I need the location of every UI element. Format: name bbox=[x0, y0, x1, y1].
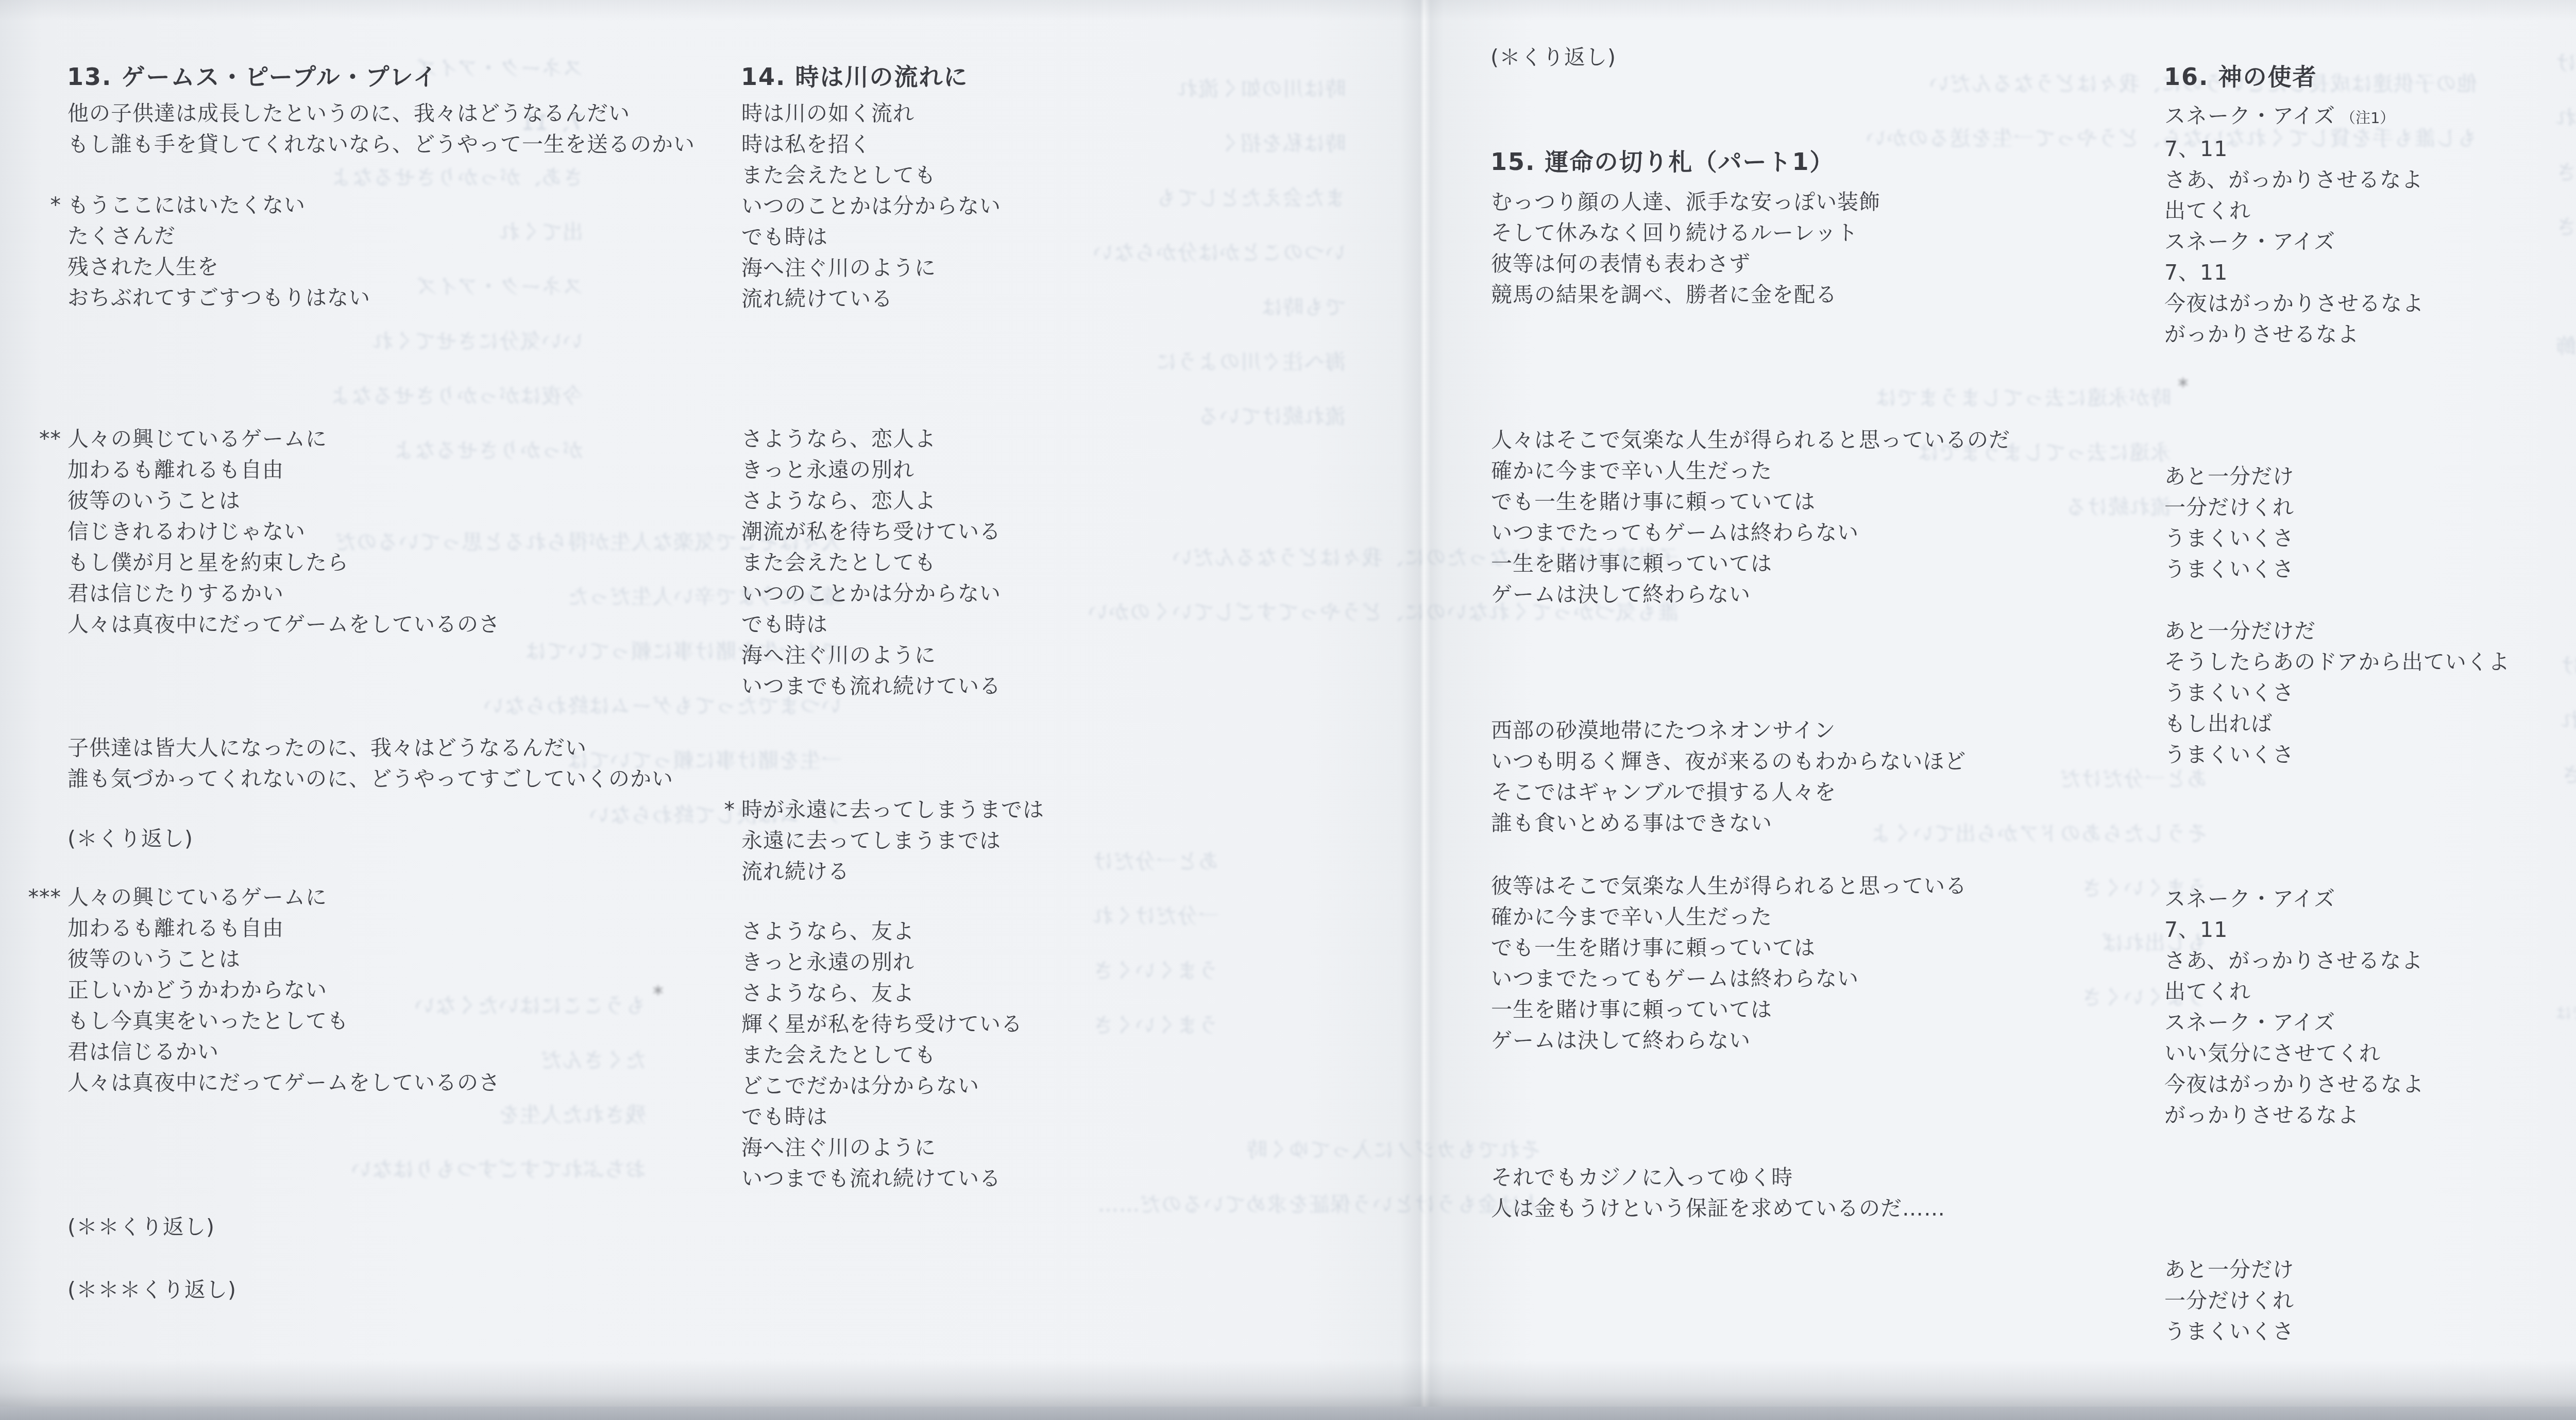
lyric-block: 時は川の如く流れ時は私を招くまた会えたとしてもいつのことかは分からないでも時は海… bbox=[741, 98, 1001, 314]
top-edge-shadow bbox=[0, 0, 2576, 21]
lyric-line: あと一分だけ bbox=[2561, 639, 2576, 693]
lyric-line: 確かに今まで辛い人生だった bbox=[1491, 455, 2010, 486]
repeat-marker: ** bbox=[39, 423, 61, 454]
lyric-block: さようなら、恋人よきっと永遠の別れさようなら、恋人よ潮流が私を待ち受けているまた… bbox=[741, 423, 1001, 702]
lyric-block: 時が永遠に去ってしまうまでは*永遠に去ってしまうまでは流れ続ける bbox=[741, 794, 1044, 887]
lyric-line: スネーク・アイズ（注1） bbox=[2164, 100, 2424, 133]
lyric-block: 西部の砂漠地帯にたつネオンサインいつも明るく輝き、夜が来るのもわからないほどそこ… bbox=[1491, 715, 1966, 839]
lyric-line: 流れ続けている bbox=[1092, 389, 1346, 444]
lyric-line: がっかりさせるなよ bbox=[2164, 319, 2424, 350]
lyric-line: また会えたとしても bbox=[741, 547, 1001, 578]
repeat-marker: *** bbox=[28, 882, 62, 913]
lyric-line: 一生を賭け事に頼っていては bbox=[1491, 548, 2010, 579]
lyric-line: 時は私を招く bbox=[741, 129, 1001, 160]
lyric-line: 今夜はがっかりさせるなよ bbox=[2164, 1069, 2424, 1100]
lyric-line: 競馬の結果を調べ、勝者に金を配る bbox=[2555, 483, 2576, 538]
lyric-line: 一生を賭け事に頼っていては bbox=[1491, 994, 1967, 1025]
lyric-line: うまくいくさ bbox=[2164, 523, 2294, 554]
lyric-line: むっつり顔の人達、派手な安っぽい装飾 bbox=[1491, 186, 1880, 217]
lyric-line: いつまでも流れ続けている bbox=[741, 671, 1001, 702]
lyric-line: どこでだかは分からない bbox=[741, 1070, 1023, 1101]
lyric-line: 一分だけくれ bbox=[2561, 693, 2576, 748]
lyric-line: 加わるも離れるも自由 bbox=[67, 454, 500, 485]
lyric-line: 残された人生を bbox=[67, 251, 370, 282]
lyric-line: 人々はそこで気楽な人生が得られると思っているのだ bbox=[1491, 424, 2010, 455]
song-title-13: 13. ゲームス・ピープル・プレイ bbox=[67, 58, 437, 92]
lyric-block: 人々の興じているゲームに**加わるも離れるも自由彼等のいうことは信じきれるわけじ… bbox=[67, 423, 500, 640]
lyric-line: 人々の興じているゲームに*** bbox=[67, 882, 500, 913]
repeat-note-15: (＊くり返し) bbox=[1490, 40, 1616, 71]
lyric-line: 他の子供達は成長したというのに、我々はどうなるんだい bbox=[67, 98, 695, 129]
lyric-line: きっと永遠の別れ bbox=[741, 454, 1001, 485]
lyric-line: また会えたとしても bbox=[741, 1039, 1023, 1070]
lyric-line: いつまでも流れ続けている bbox=[741, 1163, 1023, 1194]
lyric-line: うまくいくさ bbox=[2555, 145, 2576, 200]
lyric-block: あと一分だけ一分だけくれうまくいくさ bbox=[2164, 1254, 2294, 1347]
lyric-line: 彼等は何の表情も表わさず bbox=[2555, 429, 2576, 483]
song-title-15: 15. 運命の切り札（パート1） bbox=[1490, 143, 1835, 177]
lyric-line: 出てくれ bbox=[2164, 195, 2424, 226]
lyric-line: 人は金もうけという保証を求めているのだ…… bbox=[1097, 1177, 1541, 1232]
lyric-line: さようなら、恋人よ bbox=[741, 423, 1001, 454]
lyric-line: いい気分にさせてくれ bbox=[330, 314, 583, 369]
lyric-line: 人々の興じているゲームに** bbox=[67, 423, 500, 454]
lyric-line: うまくいくさ bbox=[2555, 200, 2576, 254]
lyric-line: おちぶれてすごすつもりはない bbox=[350, 1142, 646, 1197]
lyric-line: 輝く星が私を待ち受けている bbox=[741, 1008, 1023, 1039]
lyric-line: 君は信じるかい bbox=[67, 1036, 500, 1067]
lyric-line: 加わるも離れるも自由 bbox=[67, 913, 500, 944]
lyric-line: 永遠に去ってしまうまでは bbox=[741, 825, 1044, 856]
lyric-line: そして休みなく回り続けるルーレット bbox=[1491, 217, 1880, 248]
lyric-line: それでもカジノに入ってゆく時 bbox=[1491, 1162, 1945, 1193]
lyric-line: 人々は真夜中にだってゲームをしているのさ bbox=[67, 1067, 500, 1098]
lyric-line: 人は金もうけという保証を求めているのだ…… bbox=[1491, 1193, 1945, 1224]
lyric-line: いい気分にさせてくれ bbox=[2164, 1038, 2424, 1069]
lyric-line: でも時は bbox=[741, 1101, 1023, 1132]
lyric-line: でも時は bbox=[741, 609, 1001, 640]
repeat-marker: * bbox=[50, 190, 62, 220]
lyric-line: 一分だけくれ bbox=[2164, 492, 2294, 523]
lyric-line: 西部の砂漠地帯にたつネオンサイン bbox=[1491, 715, 1966, 746]
lyric-line: いつも明るく輝き、夜が来るのもわからないほど bbox=[1491, 746, 1966, 777]
repeat-line: (＊＊＊くり返し) bbox=[67, 1274, 236, 1305]
lyric-line: そして休みなく回り続けるルーレット bbox=[2555, 374, 2576, 429]
lyric-block: もうここにはいたくない*たくさんだ残された人生をおちぶれてすごすつもりはない bbox=[67, 190, 370, 313]
scanner-edge-strip bbox=[0, 1407, 2576, 1420]
lyric-line: 一分だけくれ bbox=[2555, 91, 2576, 145]
lyric-line: 信じきれるわけじゃない bbox=[67, 516, 500, 547]
lyric-line: おちぶれてすごすつもりはない bbox=[67, 282, 370, 313]
lyric-line: もし今真実をいったとしても bbox=[67, 1005, 500, 1036]
lyric-line: 一分だけくれ bbox=[1092, 889, 1219, 944]
show-through-block: あと一分だけ一分だけくれうまくいくさ bbox=[2561, 639, 2576, 802]
lyric-line: いつのことかは分からない bbox=[1092, 226, 1346, 280]
lyric-line: (＊くり返し) bbox=[67, 823, 193, 854]
lyric-line: それでもカジノに入ってゆく時 bbox=[1097, 1123, 1541, 1177]
lyric-line: むっつり顔の人達、派手な安っぽい装飾 bbox=[2555, 319, 2576, 374]
lyric-line: うまくいくさ bbox=[2164, 677, 2510, 708]
lyric-line: 今夜はがっかりさせるなよ bbox=[330, 369, 583, 423]
show-through-footnote: 時が永遠に去ってしまうまでは*永遠に去ってしまうまでは流れ続ける bbox=[2555, 994, 2576, 1111]
lyric-line: あと一分だけ bbox=[2555, 36, 2576, 91]
lyric-line: また会えたとしても bbox=[741, 160, 1001, 191]
lyric-line: うまくいくさ bbox=[2164, 739, 2510, 770]
lyric-line: でも時は bbox=[741, 221, 1001, 252]
repeat-line: (＊くり返し) bbox=[67, 823, 193, 854]
lyric-line: スネーク・アイズ bbox=[2164, 883, 2424, 914]
lyric-line: うまくいくさ bbox=[2164, 554, 2294, 585]
repeat-line: (＊＊くり返し) bbox=[67, 1211, 215, 1242]
lyric-line: さあ、がっかりさせるなよ bbox=[2164, 164, 2424, 195]
lyric-block: あと一分だけだそうしたらあのドアから出ていくようまくいくさもし出ればうまくいくさ bbox=[2164, 615, 2510, 770]
lyric-line: 出てくれ bbox=[2164, 976, 2424, 1007]
lyric-line: また会えたとしても bbox=[1092, 171, 1346, 226]
page-bottom-shadow bbox=[0, 1360, 2576, 1407]
lyric-line: でも時は bbox=[1092, 280, 1346, 335]
lyric-line: 一分だけくれ bbox=[2164, 1285, 2294, 1316]
lyric-line: (＊＊くり返し) bbox=[67, 1211, 215, 1242]
lyric-line: 彼等のいうことは bbox=[67, 485, 500, 516]
lyric-block: スネーク・アイズ7、11さあ、がっかりさせるなよ出てくれスネーク・アイズいい気分… bbox=[2164, 883, 2424, 1131]
lyric-line: うまくいくさ bbox=[1092, 998, 1219, 1053]
lyric-block: むっつり顔の人達、派手な安っぽい装飾そして休みなく回り続けるルーレット彼等は何の… bbox=[1491, 186, 1880, 310]
lyric-line: ゲームは決して終わらない bbox=[1491, 579, 2010, 610]
lyric-line: 確かに今まで辛い人生だった bbox=[1491, 901, 1967, 932]
lyric-line: スネーク・アイズ bbox=[2164, 1007, 2424, 1038]
lyric-line: 誰も気づかってくれないのに、どうやってすごしていくのかい bbox=[67, 763, 673, 794]
lyric-line: 7、11 bbox=[2164, 914, 2424, 945]
lyric-line: 君は信じたりするかい bbox=[67, 578, 500, 609]
lyric-line: 競馬の結果を調べ、勝者に金を配る bbox=[1491, 279, 1880, 310]
repeat-marker: * bbox=[2177, 371, 2189, 402]
song-title-16: 16. 神の使者 bbox=[2164, 58, 2317, 92]
lyric-line: 7、11 bbox=[2164, 133, 2424, 164]
lyric-line: うまくいくさ bbox=[1092, 944, 1219, 998]
lyric-line: 7、11 bbox=[2164, 257, 2424, 288]
lyric-line: 子供達は皆大人になったのに、我々はどうなるんだい bbox=[67, 732, 673, 763]
lyric-line: そうしたらあのドアから出ていくよ bbox=[2164, 646, 2510, 677]
repeat-marker: * bbox=[652, 979, 664, 1010]
lyric-line: 時が永遠に去ってしまうまでは* bbox=[741, 794, 1044, 825]
lyric-line: 流れ続けている bbox=[741, 283, 1001, 314]
lyric-line: いつのことかは分からない bbox=[741, 191, 1001, 221]
lyric-line: いつまでたってもゲームは終わらない bbox=[1491, 963, 1967, 994]
lyric-line: でも一生を賭け事に頼っていては bbox=[1491, 486, 2010, 517]
repeat-marker: * bbox=[724, 794, 736, 825]
lyric-line: もうここにはいたくない* bbox=[67, 190, 370, 220]
lyric-line: でも一生を賭け事に頼っていては bbox=[1491, 932, 1967, 963]
lyric-line: もし誰も手を貸してくれないなら、どうやって一生を送るのかい bbox=[67, 129, 695, 160]
booklet-scan: スネーク・アイズ7、11さあ、がっかりさせるなよ出てくれスネーク・アイズいい気分… bbox=[0, 0, 2576, 1420]
lyric-block: さようなら、友よきっと永遠の別れさようなら、友よ輝く星が私を待ち受けているまた会… bbox=[741, 916, 1023, 1194]
lyric-line: たくさんだ bbox=[67, 220, 370, 251]
lyric-line: がっかりさせるなよ bbox=[2164, 1100, 2424, 1131]
lyric-line: さあ、がっかりさせるなよ bbox=[2164, 945, 2424, 976]
lyric-block: 子供達は皆大人になったのに、我々はどうなるんだい誰も気づかってくれないのに、どう… bbox=[67, 732, 673, 794]
lyric-line: うまくいくさ bbox=[2164, 1316, 2294, 1347]
show-through-block: あと一分だけ一分だけくれうまくいくさうまくいくさ bbox=[1092, 834, 1219, 1053]
lyric-line: 時は川の如く流れ bbox=[1092, 62, 1346, 116]
lyric-line: あと一分だけだ bbox=[2164, 615, 2510, 646]
lyric-block: 他の子供達は成長したというのに、我々はどうなるんだいもし誰も手を貸してくれないな… bbox=[67, 98, 695, 160]
lyric-line: もし出れば bbox=[2164, 708, 2510, 739]
lyric-line: さようなら、友よ bbox=[741, 916, 1023, 947]
lyric-line: 海へ注ぐ川のように bbox=[741, 640, 1001, 671]
footnote-reference: （注1） bbox=[2341, 109, 2395, 127]
lyric-line: うまくいくさ bbox=[2561, 748, 2576, 802]
lyric-line: きっと永遠の別れ bbox=[741, 947, 1023, 978]
lyric-line: 流れ続ける bbox=[2555, 1072, 2576, 1111]
lyric-line: スネーク・アイズ bbox=[2164, 226, 2424, 257]
lyric-line: 彼等は何の表情も表わさず bbox=[1491, 248, 1880, 279]
song-title-14: 14. 時は川の流れに bbox=[741, 58, 969, 92]
page-gutter-shadow bbox=[1400, 0, 1444, 1407]
lyric-line: 時が永遠に去ってしまうまでは* bbox=[2555, 994, 2576, 1033]
lyric-line: ゲームは決して終わらない bbox=[1491, 1025, 1967, 1056]
lyric-line: 流れ続ける bbox=[741, 856, 1044, 887]
lyric-line: あと一分だけ bbox=[2164, 1254, 2294, 1285]
lyric-block: 人々の興じているゲームに***加わるも離れるも自由彼等のいうことは正しいかどうか… bbox=[67, 882, 500, 1098]
lyric-line: 時は川の如く流れ bbox=[741, 98, 1001, 129]
lyric-line: 正しいかどうかわからない bbox=[67, 974, 500, 1005]
lyric-line: いつまでたってもゲームは終わらない bbox=[1491, 517, 2010, 548]
lyric-line: 時は私を招く bbox=[1092, 116, 1346, 171]
lyric-line: 彼等はそこで気楽な人生が得られると思っている bbox=[1491, 870, 1967, 901]
lyric-line: いつのことかは分からない bbox=[741, 578, 1001, 609]
lyric-line: 時が永遠に去ってしまうまでは* bbox=[1875, 371, 2171, 425]
lyric-line: 海へ注ぐ川のように bbox=[1092, 335, 1346, 389]
lyric-line: 今夜はがっかりさせるなよ bbox=[2164, 288, 2424, 319]
lyric-block: それでもカジノに入ってゆく時人は金もうけという保証を求めているのだ…… bbox=[1491, 1162, 1945, 1224]
lyric-block: スネーク・アイズ（注1）7、11さあ、がっかりさせるなよ出てくれスネーク・アイズ… bbox=[2164, 100, 2424, 350]
show-through-block: あと一分だけ一分だけくれうまくいくさうまくいくさ bbox=[2555, 36, 2576, 254]
lyric-line: そこではギャンブルで損する人々を bbox=[1491, 777, 1966, 808]
lyric-block: あと一分だけ一分だけくれうまくいくさうまくいくさ bbox=[2164, 461, 2294, 585]
lyric-block: 人々はそこで気楽な人生が得られると思っているのだ確かに今まで辛い人生だったでも一… bbox=[1491, 424, 2010, 610]
lyric-line: もし僕が月と星を約束したら bbox=[67, 547, 500, 578]
lyric-block: 彼等はそこで気楽な人生が得られると思っている確かに今まで辛い人生だったでも一生を… bbox=[1491, 870, 1967, 1056]
lyric-line: 永遠に去ってしまうまでは bbox=[2555, 1033, 2576, 1072]
lyric-line: あと一分だけ bbox=[2164, 461, 2294, 492]
lyric-line: さようなら、恋人よ bbox=[741, 485, 1001, 516]
lyric-line: (＊＊＊くり返し) bbox=[67, 1274, 236, 1305]
lyric-line: 海へ注ぐ川のように bbox=[741, 252, 1001, 283]
show-through-block: それでもカジノに入ってゆく時人は金もうけという保証を求めているのだ…… bbox=[1097, 1123, 1541, 1232]
lyric-line: 海へ注ぐ川のように bbox=[741, 1132, 1023, 1163]
lyric-line: あと一分だけ bbox=[1092, 834, 1219, 889]
lyric-line: 彼等のいうことは bbox=[67, 944, 500, 974]
lyric-line: 潮流が私を待ち受けている bbox=[741, 516, 1001, 547]
show-through-block: むっつり顔の人達、派手な安っぽい装飾そして休みなく回り続けるルーレット彼等は何の… bbox=[2555, 319, 2576, 538]
lyric-line: さようなら、友よ bbox=[741, 978, 1023, 1008]
lyric-line: 人々は真夜中にだってゲームをしているのさ bbox=[67, 609, 500, 640]
lyric-line: 誰も食いとめる事はできない bbox=[1491, 808, 1966, 839]
show-through-block: 時は川の如く流れ時は私を招くまた会えたとしてもいつのことかは分からないでも時は海… bbox=[1092, 62, 1346, 444]
